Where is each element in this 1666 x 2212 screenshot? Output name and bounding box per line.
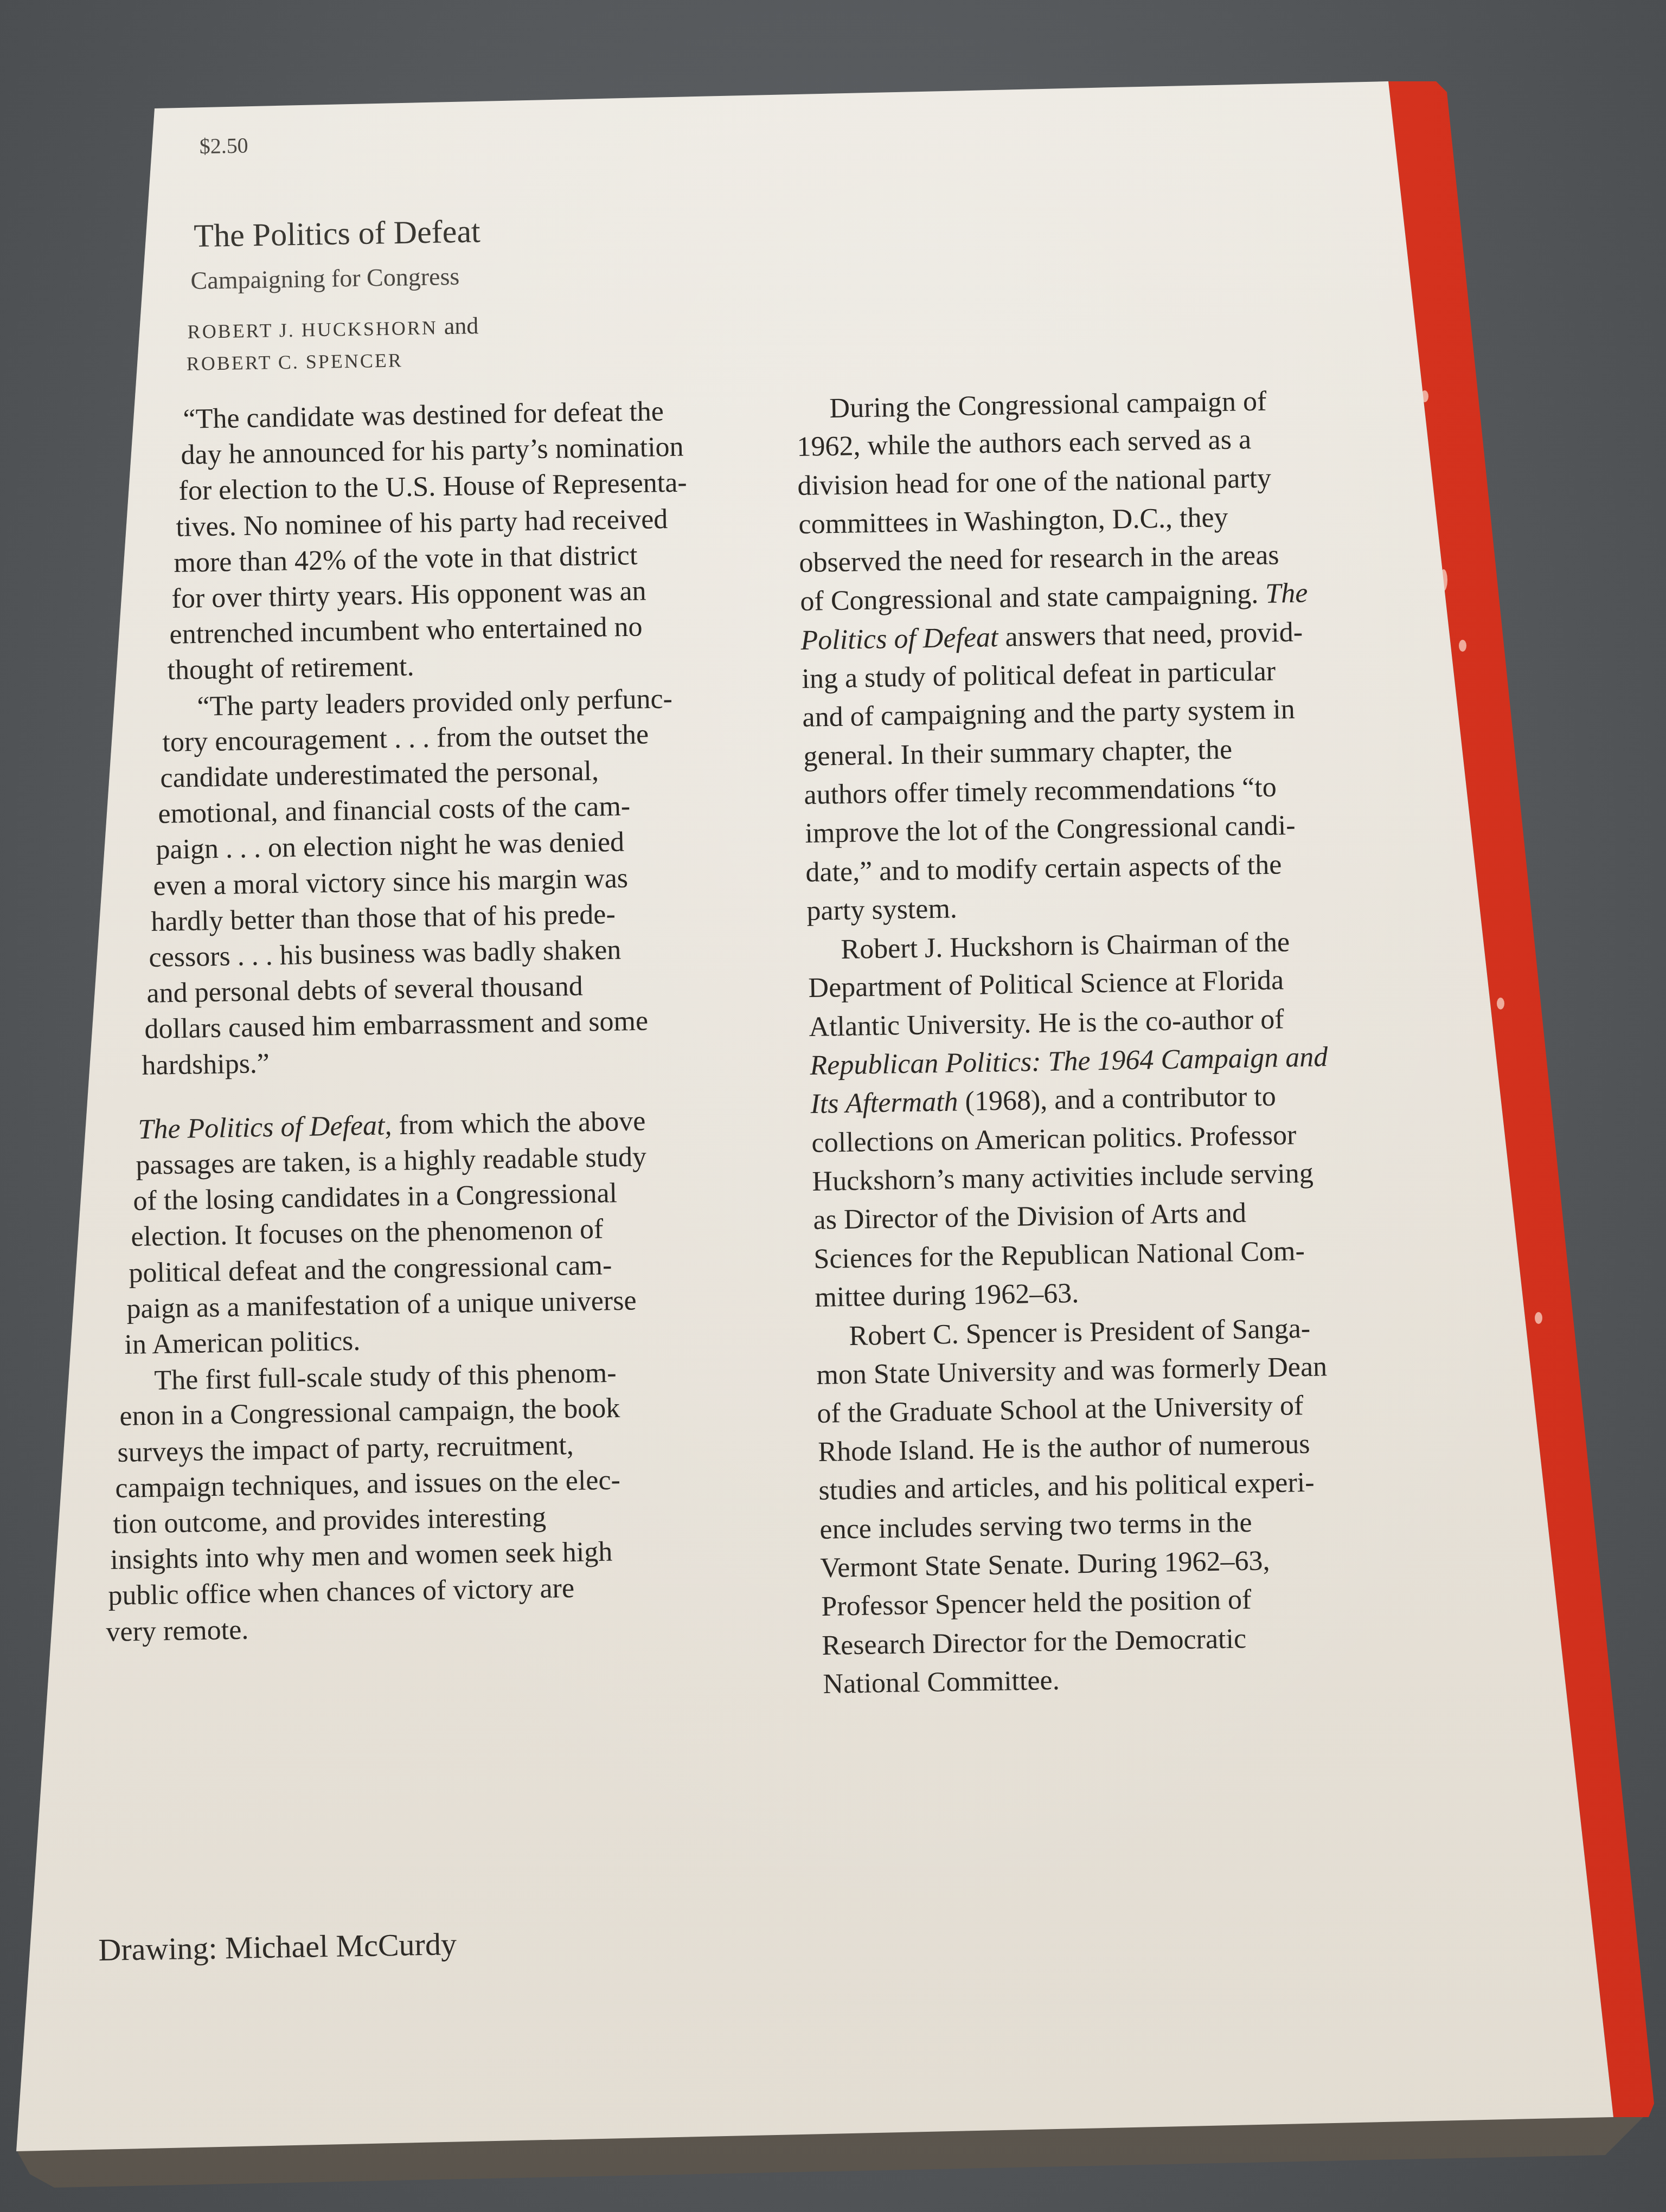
left-column-line: very remote. [106,1616,249,1647]
author-line-2: ROBERT C. SPENCER [186,350,403,374]
left-column-line: thought of retirement. [167,652,414,685]
right-column-line: as Director of the Division of Arts and [813,1199,1246,1234]
text-run: answers that need, provid- [998,617,1303,653]
italic-text: Politics of Defeat [800,622,998,656]
right-column-line: ence includes serving two terms in the [819,1509,1252,1544]
author-line-1: ROBERT J. HUCKSHORN and [187,314,478,343]
book-title: The Politics of Defeat [194,215,480,252]
text-run: in American politics. [124,1326,361,1360]
italic-text: The [1265,577,1308,609]
text-run: (1968), and a contributor to [958,1081,1276,1117]
left-column-line: hardships.” [142,1050,270,1080]
author-1: ROBERT J. HUCKSHORN [187,317,438,343]
left-column-line: candidate underestimated the personal, [160,757,599,793]
left-column-line: tion outcome, and provides interesting [113,1503,546,1539]
left-column-line: and personal debts of several thousand [146,973,583,1008]
right-column-line: Research Director for the Democratic [822,1625,1246,1660]
text-run: thought of retirement. [167,651,414,686]
right-column-line: committees in Washington, D.C., they [798,504,1228,539]
italic-text: The Politics of Defeat, [138,1110,392,1145]
text-run: hardships.” [142,1048,270,1081]
right-column-line: During the Congressional campaign of [829,388,1267,423]
text-run: very remote. [106,1615,249,1648]
spine-wear-mark [1497,998,1504,1009]
right-column-line: party system. [806,895,957,925]
author-joiner: and [444,312,478,339]
right-column-line: mittee during 1962–63. [815,1279,1079,1312]
left-column-line: in American politics. [124,1327,360,1359]
text-run: mittee during 1962–63. [815,1278,1079,1313]
right-column-line: 1962, while the authors each served as a [797,426,1251,461]
right-column-line: Vermont State Senate. During 1962–63, [820,1547,1270,1583]
text-run: party system. [806,893,957,927]
price-label: $2.50 [199,135,248,157]
right-column-line: Robert J. Huckshorn is Chairman of the [841,928,1290,964]
text-run: from which the above [392,1105,646,1141]
right-column-line: National Committee. [823,1667,1060,1699]
spine-wear-mark [1535,1312,1542,1324]
spine-wear-mark [1459,640,1466,652]
text-run: National Committee. [823,1665,1060,1700]
left-column-line: surveys the impact of party, recruitment… [117,1431,574,1467]
right-column-line: Professor Spencer held the position of [821,1586,1252,1621]
italic-text: Its Aftermath [810,1086,958,1120]
illustration-credit: Drawing: Michael McCurdy [98,1928,457,1966]
book-subtitle: Campaigning for Congress [190,264,459,293]
right-column-line: general. In their summary chapter, the [803,736,1232,771]
